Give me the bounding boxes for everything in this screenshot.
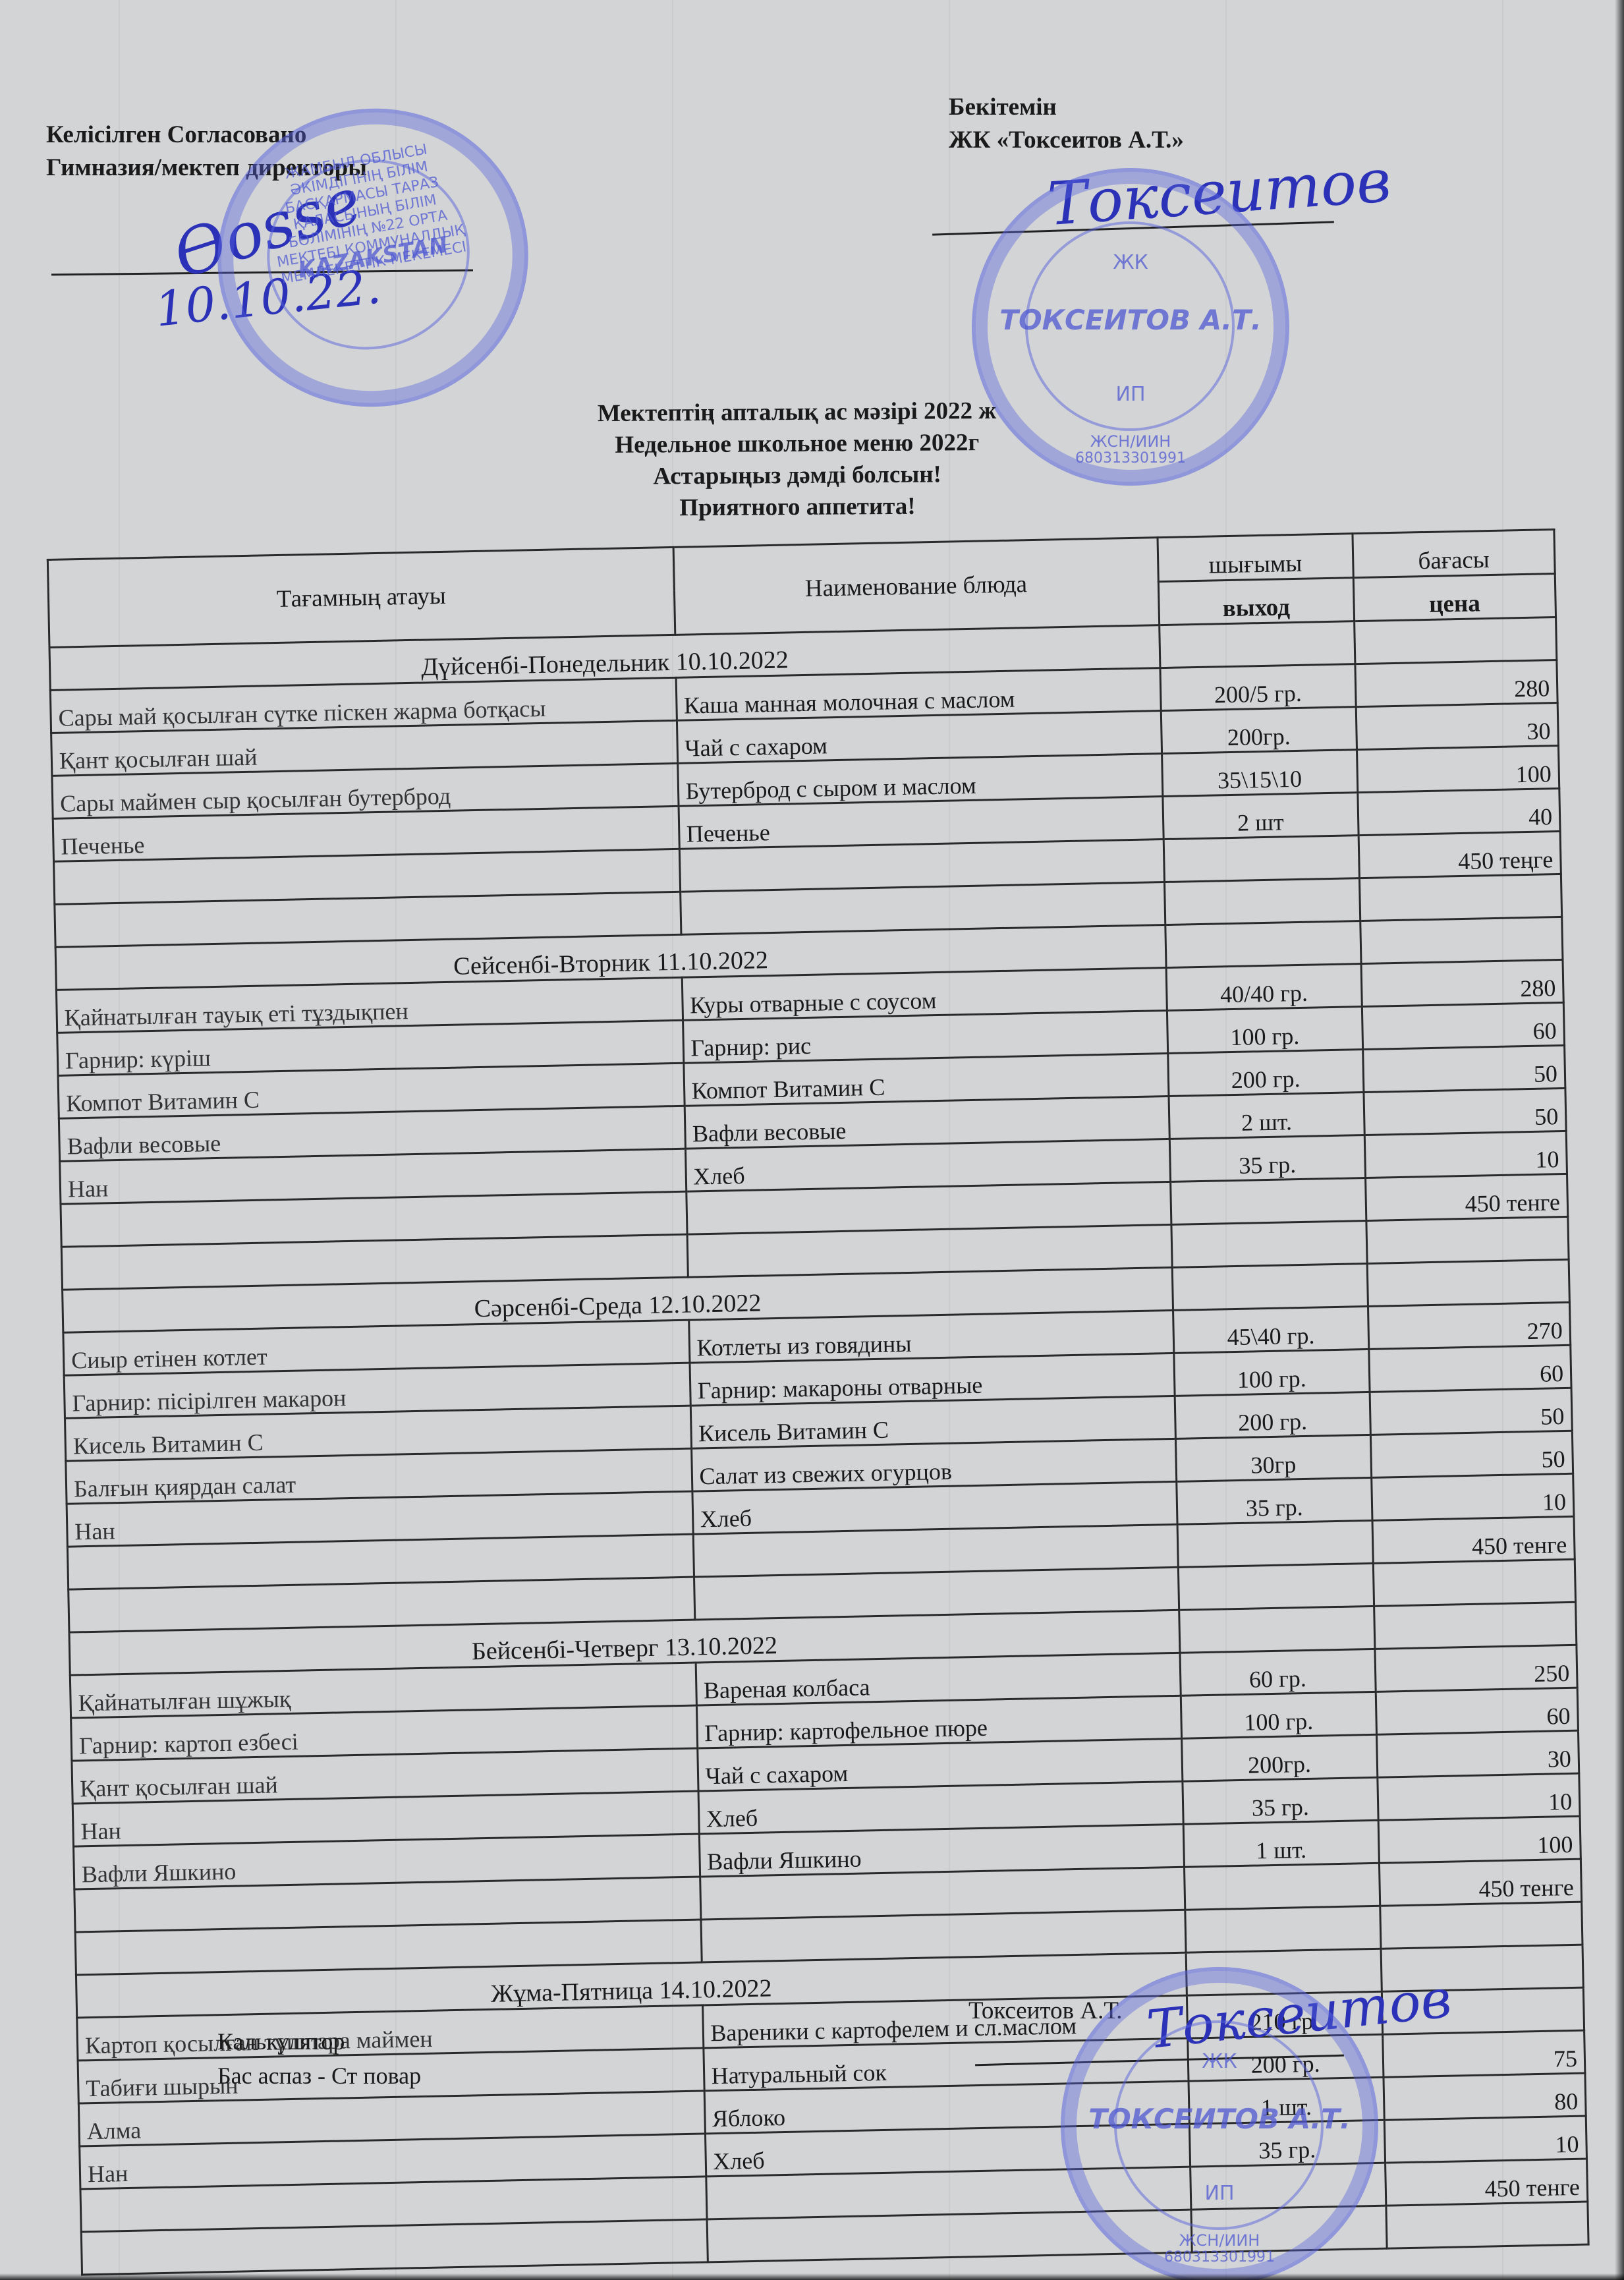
dish-output: 200/5 гр.	[1160, 664, 1356, 711]
dish-price: 10	[1364, 1131, 1567, 1178]
empty-cell	[1165, 921, 1360, 968]
dish-price: 80	[1384, 2073, 1586, 2120]
dish-price: 10	[1384, 2116, 1587, 2163]
empty-cell	[1359, 874, 1562, 921]
approved-line-2: ЖК «Токсеитов А.Т.»	[949, 124, 1184, 157]
scan-edge-bottom	[0, 2273, 1624, 2280]
dish-output: 35 гр.	[1182, 1777, 1378, 1824]
dish-price: 30	[1376, 1730, 1579, 1777]
dish-price: 50	[1364, 1088, 1567, 1135]
chef-label: Бас аспаз - Ст повар	[217, 2059, 421, 2093]
empty-cell	[1172, 1263, 1368, 1310]
empty-cell	[1170, 1178, 1366, 1225]
empty-cell	[1159, 621, 1355, 668]
dish-output: 100 гр.	[1181, 1692, 1376, 1738]
dish-price: 40	[1357, 788, 1560, 835]
day-total: 450 тенге	[1365, 1174, 1568, 1220]
empty-cell	[1184, 1863, 1380, 1910]
dish-output: 1 шт.	[1183, 1820, 1379, 1867]
dish-output: 200 гр.	[1175, 1392, 1370, 1439]
header-output-ru: выход	[1158, 577, 1354, 625]
approved-line-1: Бекітемін	[949, 91, 1184, 124]
dish-price: 60	[1376, 1688, 1579, 1734]
ip-stamp-bottom: ЖК ТОКСЕИТОВ А.Т. ИП ЖСН/ИИН 68031330199…	[1061, 1967, 1378, 2280]
dish-output: 35\15\10	[1162, 750, 1357, 797]
dish-output: 35 гр.	[1169, 1135, 1365, 1182]
scanned-menu-page: Келісілген Согласовано Гимназия/мектеп д…	[0, 0, 1624, 2280]
dish-price: 50	[1370, 1388, 1573, 1435]
dish-price: 60	[1368, 1345, 1571, 1392]
header-name-kz: Тағамның атауы	[47, 547, 675, 647]
dish-price: 100	[1357, 745, 1559, 792]
dish-price: 10	[1377, 1773, 1580, 1820]
dish-output: 200гр.	[1161, 707, 1357, 754]
approved-block: Бекітемін ЖК «Токсеитов А.Т.»	[949, 91, 1184, 157]
day-total: 450 тенге	[1379, 1859, 1582, 1906]
empty-cell	[1360, 917, 1563, 963]
empty-cell	[1354, 617, 1557, 664]
dish-output: 60 гр.	[1180, 1649, 1376, 1696]
empty-cell	[1386, 2202, 1589, 2248]
empty-cell	[1177, 1520, 1373, 1567]
dish-output: 100 гр.	[1173, 1349, 1369, 1396]
dish-output: 200гр.	[1181, 1734, 1377, 1781]
empty-cell	[1366, 1216, 1569, 1263]
empty-cell	[1164, 878, 1360, 925]
ip-stamp-name: ТОКСЕИТОВ А.Т.	[976, 304, 1285, 336]
dish-price: 30	[1356, 703, 1559, 750]
empty-cell	[1185, 1906, 1380, 1952]
menu-titles: Мектептің апталық ас мәзірі 2022 ж Недел…	[526, 395, 1067, 525]
dish-output: 40/40 гр.	[1166, 964, 1362, 1011]
calculator-label: Калькулятор	[217, 2024, 421, 2059]
dish-price: 270	[1368, 1302, 1571, 1349]
dish-price: 50	[1362, 1045, 1565, 1092]
dish-output: 2 шт.	[1169, 1093, 1364, 1139]
dish-price: 10	[1371, 1473, 1574, 1520]
dish-price: 50	[1370, 1431, 1573, 1477]
dish-price: 75	[1382, 2030, 1585, 2077]
dish-price: 250	[1375, 1645, 1578, 1692]
empty-cell	[1374, 1602, 1577, 1649]
dish-output: 30гр	[1175, 1435, 1371, 1481]
dish-price: 280	[1361, 959, 1564, 1006]
dish-price: 100	[1378, 1816, 1581, 1863]
title-kz: Мектептің апталық ас мәзірі 2022 ж	[526, 395, 1067, 430]
header-output-kz: шығымы	[1158, 534, 1353, 581]
header-price-kz: бағасы	[1353, 530, 1555, 578]
day-total: 450 тенге	[1372, 1516, 1575, 1563]
empty-cell	[1171, 1220, 1367, 1267]
greeting-ru: Приятного аппетита!	[527, 490, 1067, 525]
dish-output: 100 гр.	[1167, 1007, 1362, 1054]
empty-cell	[1380, 1902, 1582, 1949]
footer-left: Калькулятор Бас аспаз - Ст повар	[217, 2024, 421, 2093]
day-total: 450 теңге	[1358, 831, 1561, 878]
empty-cell	[1179, 1606, 1374, 1653]
dish-output: 35 гр.	[1176, 1477, 1372, 1524]
empty-cell	[1178, 1563, 1374, 1610]
dish-output: 45\40 гр.	[1173, 1306, 1368, 1353]
day-total: 450 тенге	[1385, 2159, 1588, 2206]
dish-price: 60	[1362, 1002, 1565, 1049]
empty-cell	[1367, 1259, 1570, 1306]
dish-price: 280	[1355, 660, 1558, 707]
header-price-ru: цена	[1353, 573, 1556, 621]
empty-cell	[1163, 836, 1359, 882]
scan-edge-right	[1615, 0, 1624, 2280]
header-name-ru: Наименование блюда	[673, 538, 1160, 635]
empty-cell	[1373, 1559, 1576, 1606]
dish-output: 2 шт	[1162, 793, 1358, 840]
greeting-kz: Астарыңыз дәмді болсын!	[527, 458, 1067, 494]
dish-output: 200 гр.	[1167, 1050, 1363, 1097]
title-ru: Недельное школьное меню 2022г	[527, 426, 1067, 462]
